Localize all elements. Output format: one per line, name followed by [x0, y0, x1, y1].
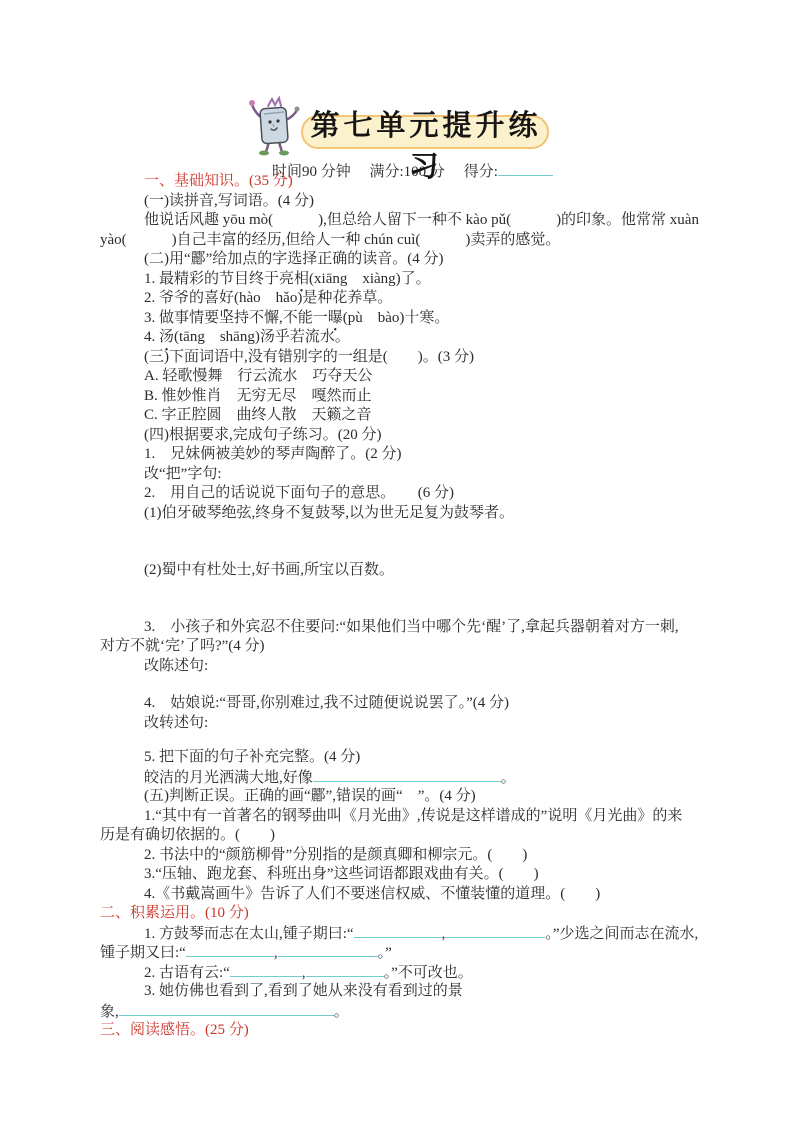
- text-segment: 2. 古语有云:“: [144, 965, 230, 981]
- text-segment: 锺子期又曰:“: [100, 945, 186, 961]
- text-line: 1. 兄妹俩被美妙的琴声陶醉了。(2 分): [100, 445, 706, 465]
- emphasis-dot-char: 曝: [328, 309, 343, 329]
- text-line: 他说话风趣 yōu mò( ),但总给人留下一种不 kào pǔ( )的印象。他…: [100, 211, 706, 231]
- section-heading: 三、阅读感悟。(25 分): [100, 1021, 706, 1041]
- text-line: 1. 最精彩的节目终于亮相(xiāng xiàng)了。: [100, 270, 706, 290]
- text-line: 3.“压轴、跑龙套、科班出身”这些词语都跟戏曲有关。( ): [100, 865, 706, 885]
- answer-blank-line: [354, 924, 442, 938]
- text-line: (2)蜀中有杜处士,好书画,所宝以百数。: [100, 561, 706, 581]
- text-segment: 历是有确切依据的。( ): [100, 827, 275, 843]
- text-line: (五)判断正误。正确的画“酈”,错误的画“ ”。(4 分): [100, 787, 706, 807]
- text-segment: 。: [501, 770, 516, 786]
- text-segment: 1.“其中有一首著名的钢琴曲叫《月光曲》,传说是这样谱成的”说明《月光曲》的来: [144, 808, 682, 824]
- text-segment: 改转述句:: [144, 715, 208, 731]
- text-line: 皎洁的月光洒满大地,好像。: [100, 768, 706, 788]
- text-segment: 二、积累运用。(10 分): [100, 905, 249, 921]
- answer-blank-line: [313, 768, 501, 782]
- text-line: A. 轻歌慢舞 行云流水 巧夺天公: [100, 367, 706, 387]
- text-line: 4.《书戴嵩画牛》告诉了人们不要迷信权威、不懂装懂的道理。( ): [100, 885, 706, 905]
- text-line: 4. 姑娘说:“哥哥,你别难过,我不过随便说说罢了。”(4 分): [100, 694, 706, 714]
- section-heading: 二、积累运用。(10 分): [100, 904, 706, 924]
- text-segment: 2. 用自己的话说说下面句子的意思。 (6 分): [144, 485, 454, 501]
- answer-blank-line: [445, 924, 545, 938]
- text-segment: 2. 书法中的“颜筋柳骨”分别指的是颜真卿和柳宗元。( ): [144, 847, 527, 863]
- text-line: 3. 做事情要坚持不懈,不能一曝(pù bào)十寒。: [100, 309, 706, 329]
- text-line: (1)伯牙破琴绝弦,终身不复鼓琴,以为世无足复为鼓琴者。: [100, 504, 706, 524]
- text-segment: B. 惟妙惟肖 无穷无尽 嘎然而止: [144, 388, 372, 404]
- text-line: 3. 小孩子和外宾忍不住要问:“如果他们当中哪个先‘醒’了,拿起兵器朝着对方一刺…: [100, 618, 706, 638]
- text-segment: (三)下面词语中,没有错别字的一组是( )。(3 分): [144, 349, 474, 365]
- text-segment: 1. 兄妹俩被美妙的琴声陶醉了。(2 分): [144, 446, 402, 462]
- text-segment: (一)读拼音,写词语。(4 分): [144, 193, 314, 209]
- text-segment: 3.“压轴、跑龙套、科班出身”这些词语都跟戏曲有关。( ): [144, 866, 539, 882]
- text-line: 对方不就‘完’了吗?”(4 分): [100, 637, 706, 657]
- text-segment: (四)根据要求,完成句子练习。(20 分): [144, 427, 381, 443]
- text-line: 1.“其中有一首著名的钢琴曲叫《月光曲》,传说是这样谱成的”说明《月光曲》的来: [100, 807, 706, 827]
- answer-blank-line: [230, 963, 302, 977]
- text-segment: (hào hǎo)是种花养草。: [234, 290, 392, 306]
- text-segment: yào( )自己丰富的经历,但给人一种 chún cuì( )卖弄的感觉。: [100, 232, 560, 248]
- text-segment: 改“把”字句:: [144, 466, 221, 482]
- text-segment: 。”少选之间而志在流水,: [545, 926, 698, 942]
- text-line: (四)根据要求,完成句子练习。(20 分): [100, 426, 706, 446]
- answer-blank-line: [186, 943, 274, 957]
- text-segment: 4.: [144, 329, 159, 345]
- text-line: 历是有确切依据的。( ): [100, 826, 706, 846]
- text-segment: 5. 把下面的句子补充完整。(4 分): [144, 749, 360, 765]
- emphasis-dot-char: 汤: [159, 328, 174, 348]
- text-segment: (五)判断正误。正确的画“酈”,错误的画“ ”。(4 分): [144, 788, 476, 804]
- exam-document-page: 第七单元提升练习 时间90 分钟 满分:100 分 得分: 一、基础知识。(35…: [0, 0, 793, 1122]
- emphasis-dot-char: 相: [294, 270, 309, 290]
- emphasis-dot-char: 好: [219, 289, 234, 309]
- text-line: 改转述句:: [100, 714, 706, 734]
- text-line: (二)用“酈”给加点的字选择正确的读音。(4 分): [100, 250, 706, 270]
- text-line: 2. 古语有云:“,。”不可改也。: [100, 963, 706, 983]
- text-segment: 一、基础知识。(35 分): [144, 173, 293, 189]
- text-segment: 。”: [378, 945, 392, 961]
- text-line: 锺子期又曰:“,。”: [100, 943, 706, 963]
- answer-blank-line: [119, 1002, 334, 1016]
- text-segment: (2)蜀中有杜处士,好书画,所宝以百数。: [144, 562, 394, 578]
- text-segment: C. 字正腔圆 曲终人散 天籁之音: [144, 407, 372, 423]
- text-line: (一)读拼音,写词语。(4 分): [100, 192, 706, 212]
- text-segment: 4. 姑娘说:“哥哥,你别难过,我不过随便说说罢了。”(4 分): [144, 695, 509, 711]
- text-segment: 皎洁的月光洒满大地,好像: [144, 770, 313, 786]
- text-line: 改陈述句:: [100, 657, 706, 677]
- answer-blank-line: [306, 963, 384, 977]
- text-segment: 1. 方鼓琴而志在太山,锺子期曰:“: [144, 926, 354, 942]
- text-segment: (tāng shāng)汤乎若流水。: [174, 329, 350, 345]
- text-segment: 象,: [100, 1004, 119, 1020]
- text-line: 2. 书法中的“颜筋柳骨”分别指的是颜真卿和柳宗元。( ): [100, 846, 706, 866]
- text-line: 3. 她仿佛也看到了,看到了她从来没有看到过的景: [100, 982, 706, 1002]
- text-line: B. 惟妙惟肖 无穷无尽 嘎然而止: [100, 387, 706, 407]
- text-segment: (二)用“酈”给加点的字选择正确的读音。(4 分): [144, 251, 444, 267]
- schoolbag-student-mascot-icon: [244, 94, 304, 158]
- text-line: 改“把”字句:: [100, 465, 706, 485]
- text-segment: (pù bào)十寒。: [343, 310, 450, 326]
- text-segment: 对方不就‘完’了吗?”(4 分): [100, 638, 265, 654]
- text-line: 5. 把下面的句子补充完整。(4 分): [100, 748, 706, 768]
- text-segment: 3. 她仿佛也看到了,看到了她从来没有看到过的景: [144, 983, 463, 999]
- text-segment: 3. 做事情要坚持不懈,不能一: [144, 310, 328, 326]
- document-body: 一、基础知识。(35 分)(一)读拼音,写词语。(4 分)他说话风趣 yōu m…: [100, 172, 706, 1041]
- text-segment: 他说话风趣 yōu mò( ),但总给人留下一种不 kào pǔ( )的印象。他…: [144, 212, 699, 228]
- text-segment: 3. 小孩子和外宾忍不住要问:“如果他们当中哪个先‘醒’了,拿起兵器朝着对方一刺…: [144, 619, 679, 635]
- text-segment: 改陈述句:: [144, 658, 208, 674]
- text-segment: 。: [334, 1004, 349, 1020]
- text-line: 1. 方鼓琴而志在太山,锺子期曰:“,。”少选之间而志在流水,: [100, 924, 706, 944]
- text-line: (三)下面词语中,没有错别字的一组是( )。(3 分): [100, 348, 706, 368]
- text-segment: 。”不可改也。: [384, 965, 473, 981]
- text-line: 2. 爷爷的喜好(hào hǎo)是种花养草。: [100, 289, 706, 309]
- text-segment: 1. 最精彩的节目终于亮: [144, 271, 294, 287]
- text-segment: (1)伯牙破琴绝弦,终身不复鼓琴,以为世无足复为鼓琴者。: [144, 505, 514, 521]
- text-segment: 三、阅读感悟。(25 分): [100, 1022, 249, 1038]
- text-segment: 2. 爷爷的喜: [144, 290, 219, 306]
- text-segment: (xiāng xiàng)了。: [309, 271, 431, 287]
- page-title: 第七单元提升练习: [306, 103, 546, 185]
- text-line: 象,。: [100, 1002, 706, 1022]
- text-segment: 4.《书戴嵩画牛》告诉了人们不要迷信权威、不懂装懂的道理。( ): [144, 886, 600, 902]
- text-segment: A. 轻歌慢舞 行云流水 巧夺天公: [144, 368, 372, 384]
- text-line: 2. 用自己的话说说下面句子的意思。 (6 分): [100, 484, 706, 504]
- text-line: yào( )自己丰富的经历,但给人一种 chún cuì( )卖弄的感觉。: [100, 231, 706, 251]
- text-line: C. 字正腔圆 曲终人散 天籁之音: [100, 406, 706, 426]
- text-line: 4. 汤(tāng shāng)汤乎若流水。: [100, 328, 706, 348]
- answer-blank-line: [278, 943, 378, 957]
